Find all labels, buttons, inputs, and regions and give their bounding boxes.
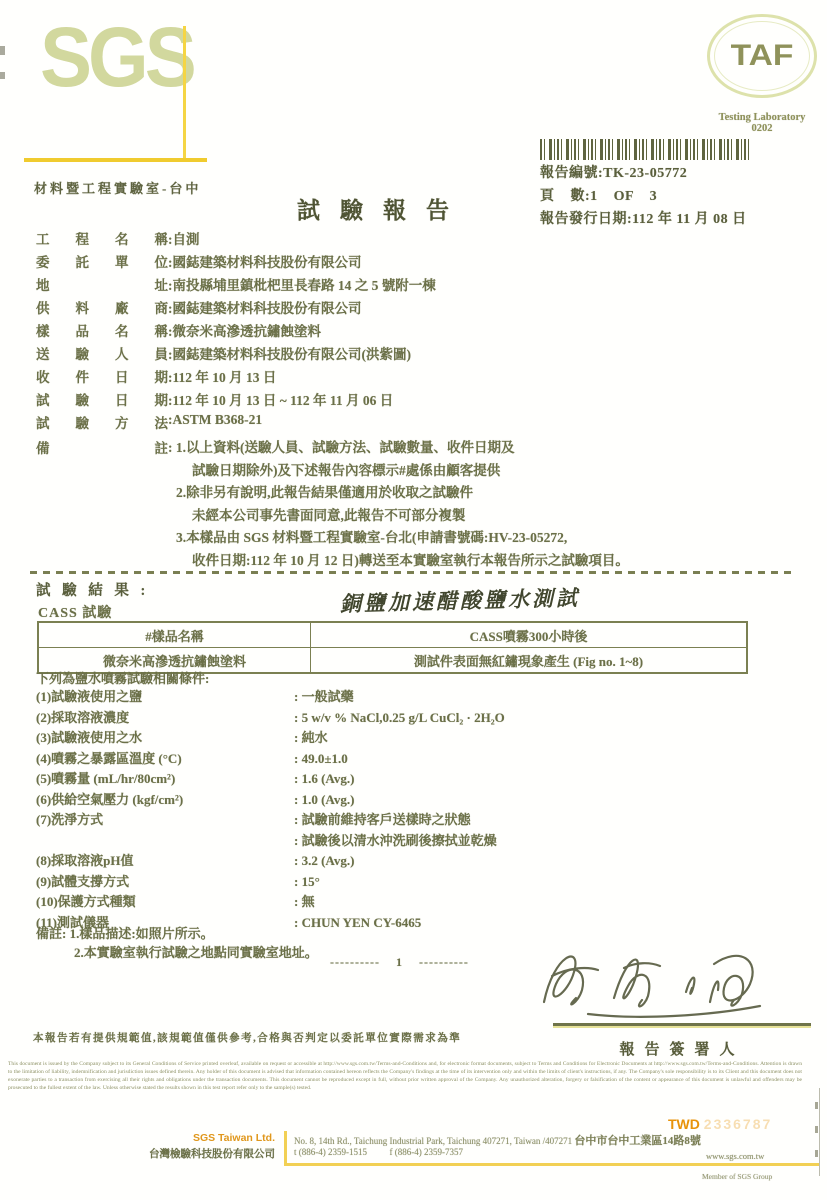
info-row-label: 委託單位 (36, 251, 168, 271)
page-count-value: 1 OF 3 (590, 189, 657, 204)
condition-label: (7)洗淨方式 (36, 810, 294, 851)
taf-caption: Testing Laboratory (702, 112, 822, 123)
table-cell: 測試件表面無紅鏽現象產生 (Fig no. 1~8) (311, 648, 746, 672)
scan-artifact (0, 72, 5, 79)
scan-edge-line (819, 1088, 820, 1176)
note-line: 2.本實驗室執行試驗之地點同實驗室地址。 (74, 943, 318, 962)
info-row-value: :國鋕建築材料科技股份有限公司 (168, 255, 362, 270)
barcode (540, 139, 752, 160)
taf-number: 0202 (702, 123, 822, 134)
footer-yellow-line (284, 1163, 820, 1166)
condition-label: (2)採取溶液濃度 (36, 708, 294, 729)
remark-block: 備註 : 1.以上資料(送驗人員、試驗方法、試驗數量、收件日期及試驗日期除外)及… (36, 437, 796, 572)
conditions-list: (1)試驗液使用之鹽: 一般試藥(2)採取溶液濃度: 5 w/v % NaCl,… (36, 687, 776, 933)
condition-values: : 試驗前維持客戶送樣時之狀態: 試驗後以清水沖洗刷後擦拭並乾燥 (294, 810, 776, 851)
footer-divider (284, 1131, 287, 1165)
info-row: 收件日期:112 年 10 月 13 日 (36, 366, 756, 389)
condition-value: : 49.0±1.0 (294, 749, 776, 770)
remark-line: 收件日期:112 年 10 月 12 日)轉送至本實驗室執行本報告所示之試驗項目… (192, 550, 796, 573)
info-row-value: :ASTM B368-21 (168, 412, 262, 427)
condition-label: (6)供給空氣壓力 (kgf/cm²) (36, 790, 294, 811)
signature-scribble (528, 938, 788, 1026)
footer-member: Member of SGS Group (702, 1172, 772, 1181)
table-header-cell: CASS噴霧300小時後 (311, 623, 746, 647)
issue-date-line: 報告發行日期:112 年 11 月 08 日 (540, 208, 747, 228)
lab-name: 材料暨工程實驗室-台中 (34, 178, 201, 197)
info-row: 地址:南投縣埔里鎮枇杷里長春路 14 之 5 號附一棟 (36, 274, 756, 297)
condition-value: : 試驗前維持客戶送樣時之狀態 (294, 810, 776, 831)
info-row-label: 送驗人員 (36, 343, 168, 363)
info-row: 送驗人員:國鋕建築材料科技股份有限公司(洪紫圖) (36, 343, 756, 366)
condition-label: (5)噴霧量 (mL/hr/80cm²) (36, 769, 294, 790)
test-report-page: SGS 材料暨工程實驗室-台中 試驗報告 TAF Testing Laborat… (0, 0, 827, 1200)
info-row-value: :國鋕建築材料科技股份有限公司 (168, 301, 362, 316)
info-row-label: 收件日期 (36, 366, 168, 386)
condition-row: (10)保護方式種類: 無 (36, 892, 776, 913)
condition-values: : 15° (294, 872, 776, 893)
footer-company-zh: 台灣檢驗科技股份有限公司 (60, 1146, 275, 1161)
condition-value: : 1.6 (Avg.) (294, 769, 776, 790)
results-table: #樣品名稱CASS噴霧300小時後微奈米高滲透抗鏽蝕塗料測試件表面無紅鏽現象產生… (37, 621, 748, 674)
condition-value: : 5 w/v % NaCl,0.25 g/L CuCl₂ · 2H₂O (294, 708, 776, 729)
twd-stamp: TWD 2336787 (668, 1116, 772, 1132)
condition-row: (4)噴霧之暴露區溫度 (°C): 49.0±1.0 (36, 749, 776, 770)
remark-line: 2.除非另有說明,此報告結果僅適用於收取之試驗件 (176, 482, 796, 505)
edge-mark (815, 1102, 818, 1109)
table-header-row: #樣品名稱CASS噴霧300小時後 (39, 623, 746, 647)
note-line: 備註: 1.樣品描述:如照片所示。 (36, 924, 318, 943)
condition-value: : 15° (294, 872, 776, 893)
info-row-label: 工程名稱 (36, 228, 168, 248)
remark-label: 備註 (36, 437, 168, 457)
info-row-label: 供料廠商 (36, 297, 168, 317)
conditions-title: 下列為鹽水噴霧試驗相關條件: (36, 668, 209, 687)
condition-label: (10)保護方式種類 (36, 892, 294, 913)
taf-oval: TAF (707, 14, 817, 98)
remark-line: : 1.以上資料(送驗人員、試驗方法、試驗數量、收件日期及 (168, 437, 796, 460)
edge-mark (815, 1150, 818, 1157)
info-row-label: 地址 (36, 274, 168, 294)
report-number-line: 報告編號:TK-23-05772 (540, 162, 687, 182)
condition-value: : 無 (294, 892, 776, 913)
condition-values: : 49.0±1.0 (294, 749, 776, 770)
report-number-value: TK-23-05772 (603, 166, 687, 181)
condition-values: : 純水 (294, 728, 776, 749)
footer-company-en: SGS Taiwan Ltd. (60, 1132, 275, 1144)
remark-line: 未經本公司事先書面同意,此報告不可部分複製 (192, 505, 796, 528)
page-count-line: 頁 數:1 OF 3 (540, 185, 657, 205)
condition-value: : 3.2 (Avg.) (294, 851, 776, 872)
info-row: 委託單位:國鋕建築材料科技股份有限公司 (36, 251, 756, 274)
sgs-logo: SGS (40, 15, 193, 99)
condition-value: : 一般試藥 (294, 687, 776, 708)
footer-website: www.sgs.com.tw (706, 1151, 764, 1161)
page-count-label: 頁 數: (540, 189, 590, 204)
info-rows: 工程名稱:自測委託單位:國鋕建築材料科技股份有限公司地址:南投縣埔里鎮枇杷里長春… (36, 228, 756, 435)
condition-label: (8)採取溶液pH值 (36, 851, 294, 872)
condition-values: : 1.6 (Avg.) (294, 769, 776, 790)
remark-line: 試驗日期除外)及下述報告內容標示#處係由顧客提供 (192, 460, 796, 483)
condition-label: (3)試驗液使用之水 (36, 728, 294, 749)
sgs-logo-vertical-line (183, 26, 186, 162)
info-row-value: :自測 (168, 232, 200, 247)
info-row: 供料廠商:國鋕建築材料科技股份有限公司 (36, 297, 756, 320)
info-row-value: :112 年 10 月 13 日 ~ 112 年 11 月 06 日 (168, 393, 393, 408)
footer-address: No. 8, 14th Rd., Taichung Industrial Par… (294, 1132, 701, 1148)
report-number-label: 報告編號: (540, 166, 603, 181)
condition-values: : 無 (294, 892, 776, 913)
footer-address-en: No. 8, 14th Rd., Taichung Industrial Par… (294, 1136, 574, 1146)
results-heading: 試 驗 結 果 : (36, 579, 149, 600)
condition-values: : 1.0 (Avg.) (294, 790, 776, 811)
page-marker: ---------- 1 ---------- (330, 955, 469, 970)
condition-values: : CHUN YEN CY-6465 (294, 913, 776, 934)
issue-date-value: 112 年 11 月 08 日 (632, 212, 746, 227)
condition-values: : 一般試藥 (294, 687, 776, 708)
taf-logo: TAF Testing Laboratory 0202 (702, 14, 822, 134)
edge-mark (815, 1126, 818, 1133)
taf-letters: TAF (731, 39, 794, 73)
page-title: 試驗報告 (297, 192, 469, 225)
scan-artifact (0, 46, 5, 55)
condition-row: (6)供給空氣壓力 (kgf/cm²): 1.0 (Avg.) (36, 790, 776, 811)
cass-test-label: CASS 試驗 (38, 602, 112, 622)
condition-label: (4)噴霧之暴露區溫度 (°C) (36, 749, 294, 770)
footer-phone: t (886-4) 2359-1515 f (886-4) 2359-7357 (294, 1147, 463, 1157)
issue-date-label: 報告發行日期: (540, 212, 632, 227)
remark-line: 3.本樣品由 SGS 材料暨工程實驗室-台北(申請書號碼:HV-23-05272… (176, 527, 796, 550)
info-row-value: :112 年 10 月 13 日 (168, 370, 276, 385)
info-row-label: 試驗日期 (36, 389, 168, 409)
condition-value: : CHUN YEN CY-6465 (294, 913, 776, 934)
twd-digits: 2336787 (704, 1116, 773, 1132)
signature-underline (553, 1023, 811, 1026)
dashed-separator (30, 571, 795, 574)
condition-values: : 3.2 (Avg.) (294, 851, 776, 872)
table-header-cell: #樣品名稱 (39, 623, 311, 647)
info-row: 工程名稱:自測 (36, 228, 756, 251)
info-row: 試驗日期:112 年 10 月 13 日 ~ 112 年 11 月 06 日 (36, 389, 756, 412)
condition-row: (2)採取溶液濃度: 5 w/v % NaCl,0.25 g/L CuCl₂ ·… (36, 708, 776, 729)
info-row: 樣品名稱:微奈米高滲透抗鏽蝕塗料 (36, 320, 756, 343)
condition-row: (9)試體支撐方式: 15° (36, 872, 776, 893)
condition-label: (1)試驗液使用之鹽 (36, 687, 294, 708)
twd-label: TWD (668, 1116, 700, 1132)
condition-row: (1)試驗液使用之鹽: 一般試藥 (36, 687, 776, 708)
condition-row: (7)洗淨方式: 試驗前維持客戶送樣時之狀態: 試驗後以清水沖洗刷後擦拭並乾燥 (36, 810, 776, 851)
condition-row: (5)噴霧量 (mL/hr/80cm²): 1.6 (Avg.) (36, 769, 776, 790)
result-notes: 備註: 1.樣品描述:如照片所示。2.本實驗室執行試驗之地點同實驗室地址。 (36, 924, 318, 962)
info-row: 試驗方法:ASTM B368-21 (36, 412, 756, 435)
spec-reference-note: 本報告若有提供規範值,該規範值僅供參考,合格與否判定以委託單位實際需求為準 (33, 1030, 461, 1045)
condition-value: : 1.0 (Avg.) (294, 790, 776, 811)
info-row-label: 樣品名稱 (36, 320, 168, 340)
condition-value: : 試驗後以清水沖洗刷後擦拭並乾燥 (294, 831, 776, 852)
info-row-value: :南投縣埔里鎮枇杷里長春路 14 之 5 號附一棟 (168, 278, 436, 293)
info-row-value: :微奈米高滲透抗鏽蝕塗料 (168, 324, 321, 339)
condition-label: (9)試體支撐方式 (36, 872, 294, 893)
remark-lines: : 1.以上資料(送驗人員、試驗方法、試驗數量、收件日期及試驗日期除外)及下述報… (168, 437, 796, 572)
sgs-logo-underline (24, 158, 207, 162)
info-row-value: :國鋕建築材料科技股份有限公司(洪紫圖) (168, 347, 411, 362)
info-row-label: 試驗方法 (36, 412, 168, 432)
condition-value: : 純水 (294, 728, 776, 749)
condition-values: : 5 w/v % NaCl,0.25 g/L CuCl₂ · 2H₂O (294, 708, 776, 729)
report-signatory-label: 報告簽署人 (553, 1038, 811, 1059)
footer-address-zh: 台中市台中工業區14路8號 (574, 1135, 701, 1147)
handwritten-annotation: 銅鹽加速醋酸鹽水測試 (340, 582, 581, 618)
legal-disclaimer: This document is issued by the Company s… (8, 1060, 802, 1092)
condition-row: (3)試驗液使用之水: 純水 (36, 728, 776, 749)
condition-row: (8)採取溶液pH值: 3.2 (Avg.) (36, 851, 776, 872)
